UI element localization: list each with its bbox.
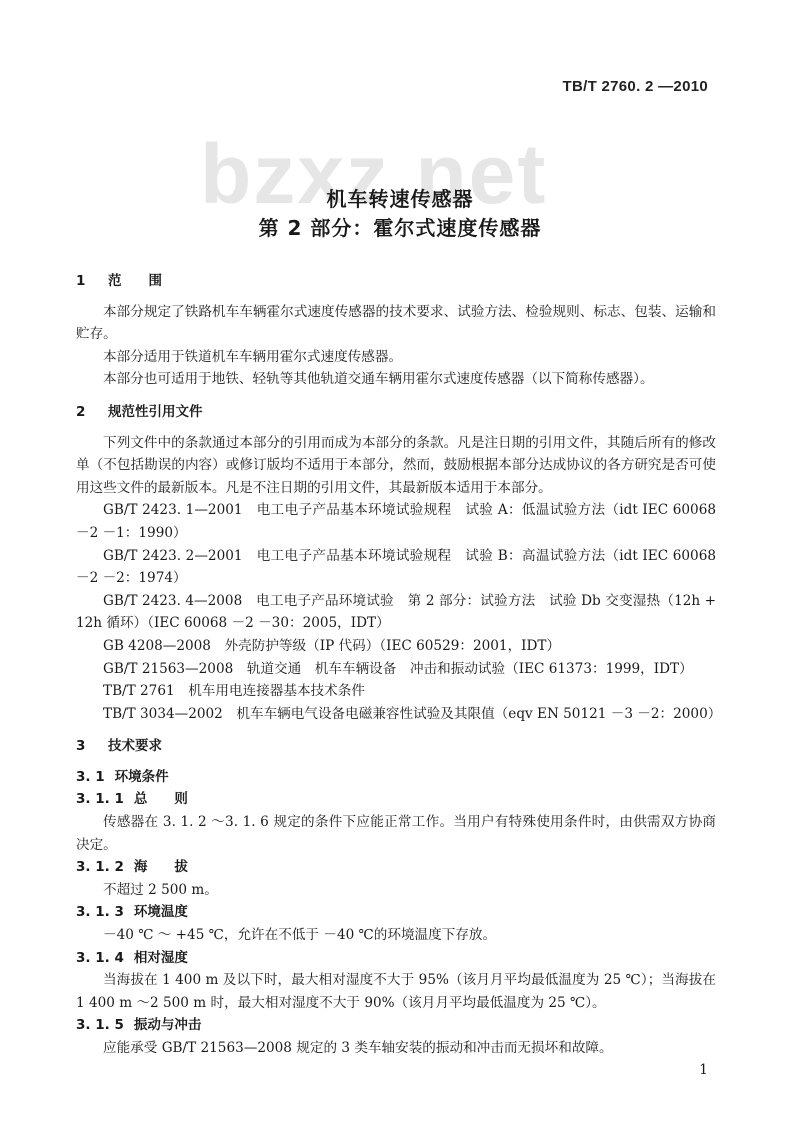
section-title: 技术要求 [108,738,162,754]
section-3-1-2-heading: 3. 1. 2海 拔 [76,856,716,879]
section-number: 3. 1. 5 [76,1014,124,1037]
paragraph: 下列文件中的条款通过本部分的引用而成为本部分的条款。凡是注日期的引用文件，其随后… [76,432,716,500]
section-title: 总 则 [134,791,188,807]
section-title: 振动与冲击 [134,1017,202,1033]
reference-item: GB/T 2423. 4—2008 电工电子产品环境试验 第 2 部分：试验方法… [76,590,716,635]
document-body: 1范 围 本部分规定了铁路机车车辆霍尔式速度传感器的技术要求、试验方法、检验规则… [76,270,716,1060]
section-title: 规范性引用文件 [108,404,203,420]
paragraph: 不超过 2 500 m。 [76,879,716,902]
paragraph: 本部分也可适用于地铁、轻轨等其他轨道交通车辆用霍尔式速度传感器（以下简称传感器）… [76,368,716,391]
section-1-heading: 1范 围 [76,270,716,293]
section-number: 3 [76,735,98,758]
reference-item: TB/T 3034—2002 机车车辆电气设备电磁兼容性试验及其限值（eqv E… [76,703,716,726]
section-number: 2 [76,401,98,424]
reference-item: GB/T 2423. 1—2001 电工电子产品基本环境试验规程 试验 A：低温… [76,499,716,544]
paragraph: －40 ℃ ～ +45 ℃，允许在不低于 －40 ℃的环境温度下存放。 [76,924,716,947]
reference-item: GB/T 2423. 2—2001 电工电子产品基本环境试验规程 试验 B：高温… [76,545,716,590]
reference-item: GB 4208—2008 外壳防护等级（IP 代码）（IEC 60529：200… [76,635,716,658]
paragraph: 应能承受 GB/T 21563—2008 规定的 3 类车轴安装的振动和冲击而无… [76,1037,716,1060]
section-number: 1 [76,270,98,293]
section-3-1-heading: 3. 1环境条件 [76,766,716,789]
paragraph: 本部分适用于铁道机车车辆用霍尔式速度传感器。 [76,346,716,369]
section-3-1-5-heading: 3. 1. 5振动与冲击 [76,1014,716,1037]
section-title: 海 拔 [134,859,188,875]
paragraph: 当海拔在 1 400 m 及以下时，最大相对湿度不大于 95%（该月月平均最低温… [76,969,716,1014]
section-title: 范 围 [108,273,162,289]
section-3-1-4-heading: 3. 1. 4相对湿度 [76,947,716,970]
section-number: 3. 1. 2 [76,856,124,879]
standard-number: TB/T 2760. 2 —2010 [563,78,708,95]
section-title: 环境条件 [115,769,169,785]
section-title: 环境温度 [134,904,188,920]
section-number: 3. 1. 3 [76,901,124,924]
document-subtitle: 第 2 部分：霍尔式速度传感器 [0,212,800,241]
paragraph: 传感器在 3. 1. 2 ～3. 1. 6 规定的条件下应能正常工作。当用户有特… [76,811,716,856]
document-title: 机车转速传感器 [0,183,800,212]
page-number: 1 [699,1062,708,1078]
paragraph: 本部分规定了铁路机车车辆霍尔式速度传感器的技术要求、试验方法、检验规则、标志、包… [76,301,716,346]
section-3-1-1-heading: 3. 1. 1总 则 [76,788,716,811]
section-3-1-3-heading: 3. 1. 3环境温度 [76,901,716,924]
section-3-heading: 3技术要求 [76,735,716,758]
reference-item: GB/T 21563—2008 轨道交通 机车车辆设备 冲击和振动试验（IEC … [76,658,716,681]
section-number: 3. 1. 4 [76,947,124,970]
section-title: 相对湿度 [134,950,188,966]
section-2-heading: 2规范性引用文件 [76,401,716,424]
reference-item: TB/T 2761 机车用电连接器基本技术条件 [76,680,716,703]
section-number: 3. 1. 1 [76,788,124,811]
section-number: 3. 1 [76,766,105,789]
